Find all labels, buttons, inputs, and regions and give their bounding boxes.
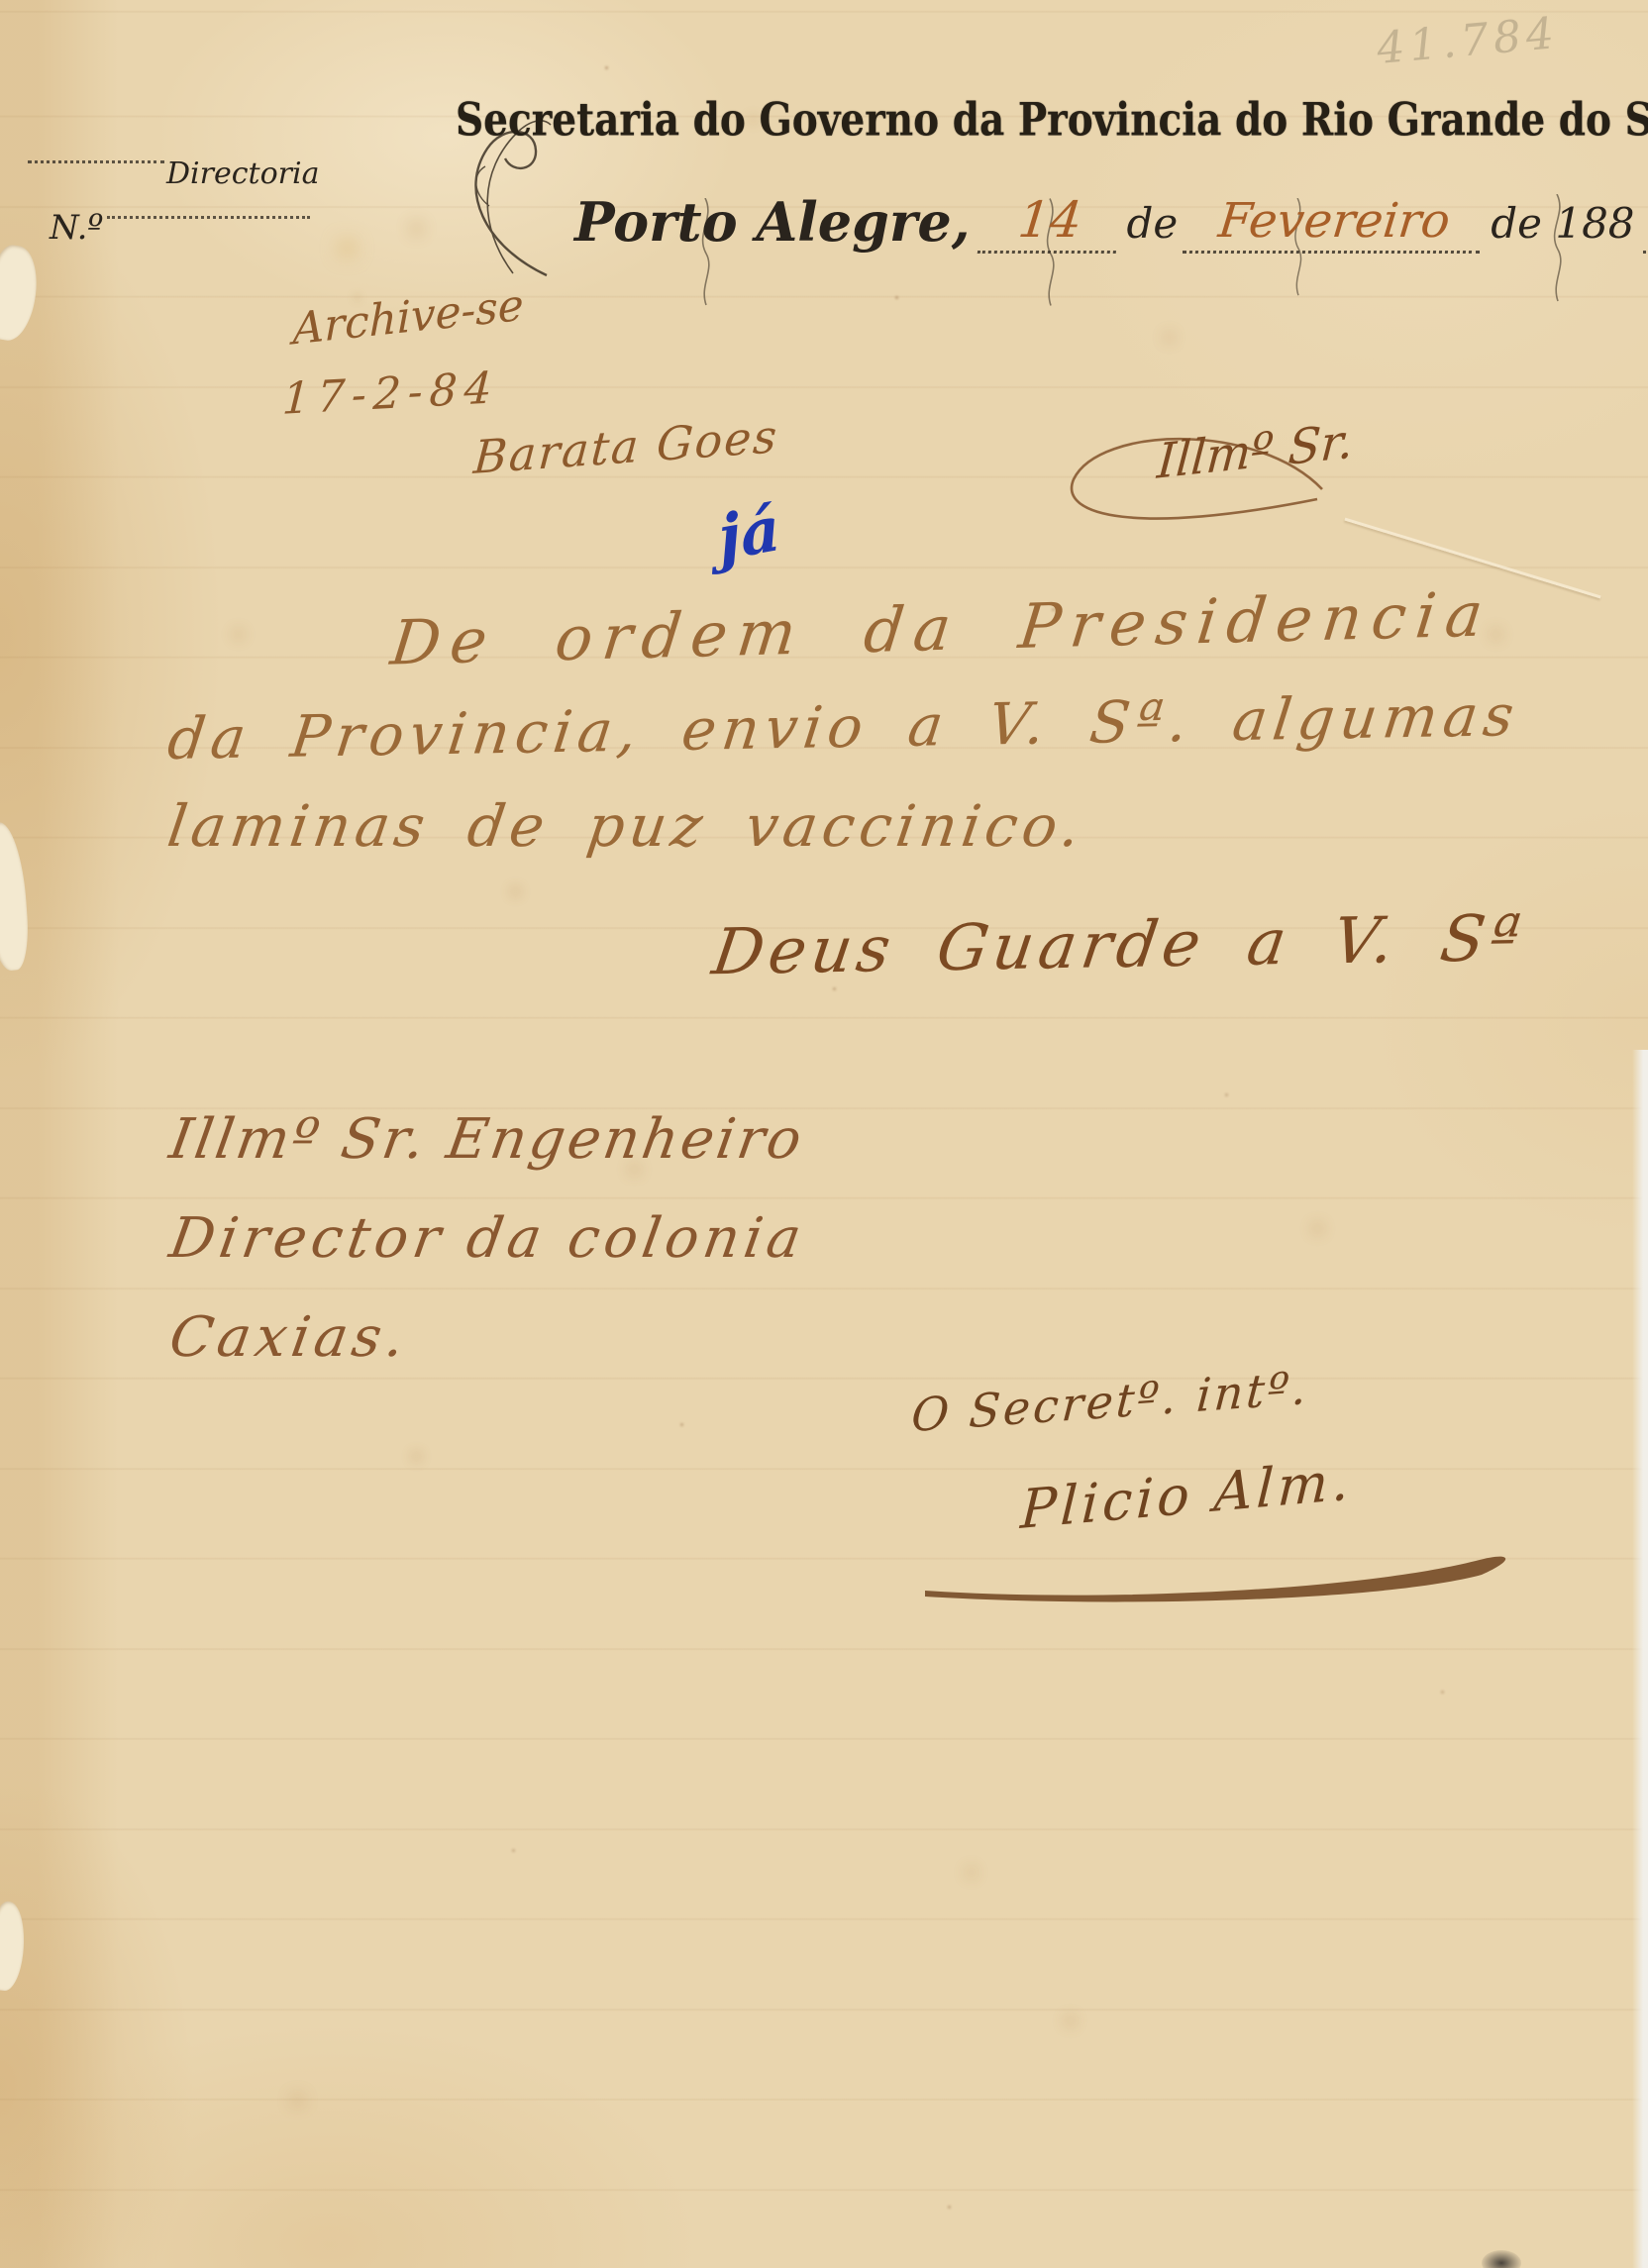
dateline-day-handwritten: 14 xyxy=(977,191,1122,254)
signature-name: Plicio Alm. xyxy=(1019,1449,1355,1541)
clerk-name-note: Barata Goes xyxy=(471,409,780,484)
body-line: da Provincia, envio a V. Sª. algumas xyxy=(164,681,1523,773)
foxing-stains xyxy=(0,0,1,1)
body-line: laminas de puz vaccinico. xyxy=(163,792,1088,860)
scan-backing-edge xyxy=(1632,1050,1648,2268)
dateline-month-handwritten: Fevereiro xyxy=(1183,193,1486,254)
document-page: 41.784 Secretaria do Governo da Provinci… xyxy=(0,0,1648,2268)
left-edge-tear xyxy=(0,821,31,972)
number-dotted-line xyxy=(107,216,310,219)
letterhead-title: Secretaria do Governo da Provincia do Ri… xyxy=(456,93,1644,147)
archive-date-note: 17-2-84 xyxy=(281,362,500,425)
signature-role: O Secretº. intº. xyxy=(910,1361,1311,1442)
archive-note: Archive-se xyxy=(293,280,524,356)
number-label: N.º xyxy=(50,208,103,248)
body-line: De ordem da Presidencia xyxy=(387,577,1496,678)
left-edge-tear xyxy=(0,1900,29,1992)
addressee-line: Director da colonia xyxy=(165,1206,810,1271)
ink-specks xyxy=(0,0,1,1)
directoria-label: Directoria xyxy=(166,156,319,191)
directoria-dotted-line xyxy=(28,160,164,163)
dateline-year-digit-handwritten: 4 xyxy=(1643,191,1648,254)
valediction: Deus Guarde a V. Sª xyxy=(708,902,1530,989)
addressee-line: Caxias. xyxy=(165,1305,414,1370)
blue-pen-note: já xyxy=(715,492,783,575)
addressee-line: Illmº Sr. Engenheiro xyxy=(165,1107,809,1172)
dateline-place: Porto Alegre, xyxy=(574,190,980,254)
dateline: Porto Alegre, 14 de Fevereiro de 188 4 xyxy=(574,190,1648,254)
dateline-de: de xyxy=(1119,199,1186,254)
dateline-de-188: de 188 xyxy=(1483,199,1642,254)
pencil-corner-note: 41.784 xyxy=(1375,8,1561,74)
signature-underline-flourish-icon xyxy=(921,1533,1545,1602)
left-edge-tear xyxy=(0,243,43,344)
bottom-edge-mark xyxy=(1482,2250,1521,2268)
